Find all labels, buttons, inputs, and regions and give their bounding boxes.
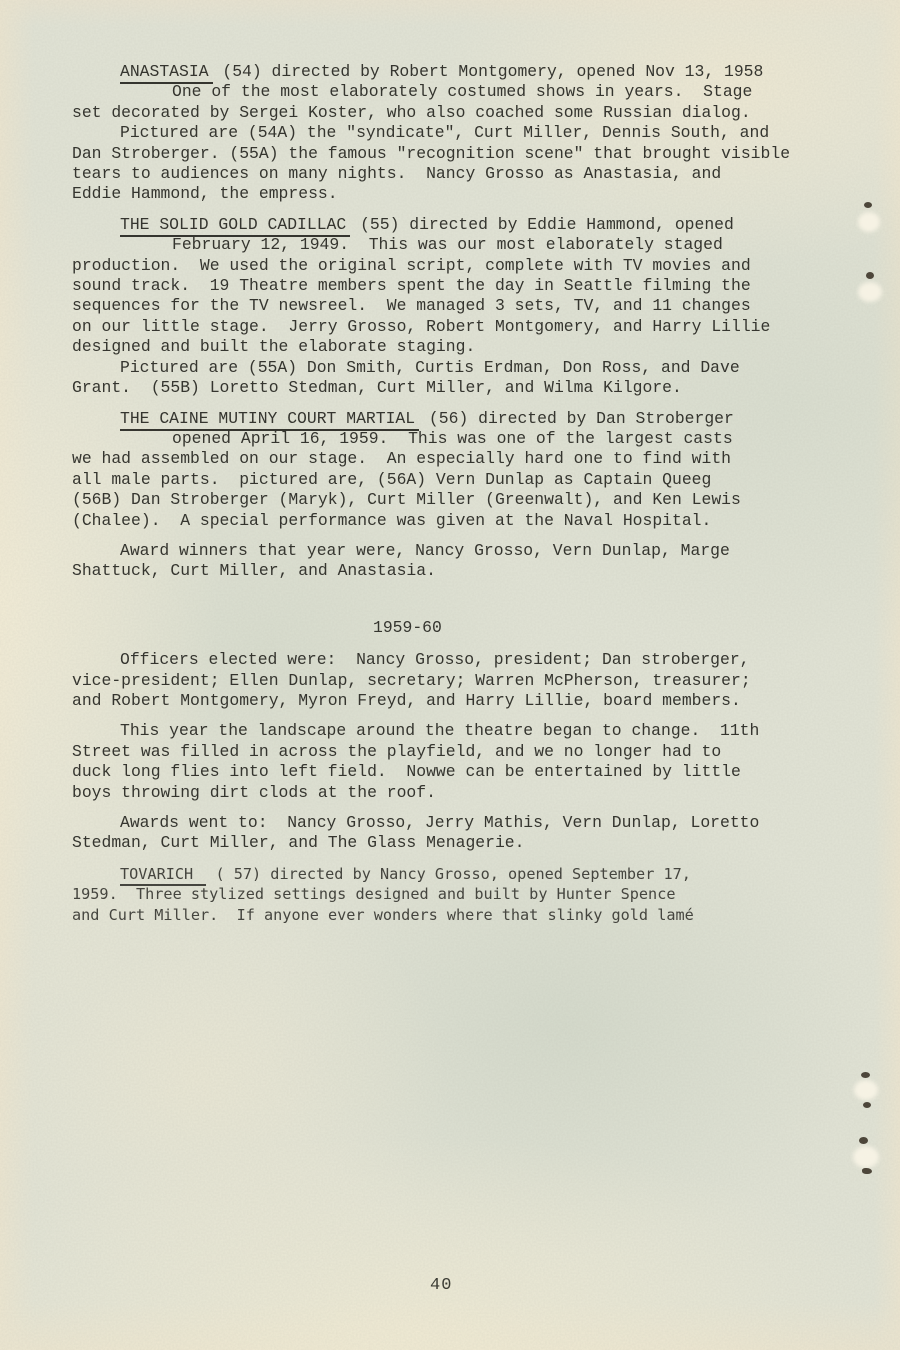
- text-line: boys throwing dirt clods at the roof.: [72, 783, 832, 803]
- year-heading: 1959-60: [72, 618, 832, 638]
- paragraph-award-winners: Award winners that year were, Nancy Gros…: [72, 541, 832, 582]
- text-line: 1959. Three stylized settings designed a…: [72, 884, 832, 904]
- title-line-rest: ( 57) directed by Nancy Grosso, opened S…: [206, 865, 691, 883]
- text-line: sequences for the TV newsreel. We manage…: [72, 296, 832, 316]
- text-line: Stedman, Curt Miller, and The Glass Mena…: [72, 833, 832, 853]
- text-line: Pictured are (54A) the "syndicate", Curt…: [72, 123, 832, 143]
- paragraph-caine-mutiny: THE CAINE MUTINY COURT MARTIAL (56) dire…: [72, 409, 832, 531]
- paper-mark: [861, 1072, 870, 1078]
- page-number: 40: [430, 1276, 452, 1295]
- paragraph-anastasia: ANASTASIA (54) directed by Robert Montgo…: [72, 62, 832, 205]
- paragraph-awards: Awards went to: Nancy Grosso, Jerry Math…: [72, 813, 832, 854]
- document-page: ANASTASIA (54) directed by Robert Montgo…: [0, 0, 900, 1350]
- paper-hole-halo: [858, 212, 880, 232]
- text-line: One of the most elaborately costumed sho…: [72, 82, 832, 102]
- text-line: tears to audiences on many nights. Nancy…: [72, 164, 832, 184]
- show-title: TOVARICH: [120, 865, 206, 886]
- text-line: Award winners that year were, Nancy Gros…: [72, 541, 832, 561]
- text-line: sound track. 19 Theatre members spent th…: [72, 276, 832, 296]
- title-line-rest: (54) directed by Robert Montgomery, open…: [213, 62, 764, 81]
- paper-mark: [863, 1102, 871, 1108]
- show-title-line: THE CAINE MUTINY COURT MARTIAL (56) dire…: [72, 409, 832, 429]
- text-line: opened April 16, 1959. This was one of t…: [72, 429, 832, 449]
- text-line: February 12, 1949. This was our most ela…: [72, 235, 832, 255]
- show-title: THE CAINE MUTINY COURT MARTIAL: [120, 409, 419, 431]
- text-line: Shattuck, Curt Miller, and Anastasia.: [72, 561, 832, 581]
- text-line: all male parts. pictured are, (56A) Vern…: [72, 470, 832, 490]
- paper-mark: [864, 202, 872, 208]
- text-line: (56B) Dan Stroberger (Maryk), Curt Mille…: [72, 490, 832, 510]
- text-line: vice-president; Ellen Dunlap, secretary;…: [72, 671, 832, 691]
- text-line: on our little stage. Jerry Grosso, Rober…: [72, 317, 832, 337]
- text-line: Grant. (55B) Loretto Stedman, Curt Mille…: [72, 378, 832, 398]
- title-line-rest: (55) directed by Eddie Hammond, opened: [350, 215, 734, 234]
- document-body: ANASTASIA (54) directed by Robert Montgo…: [72, 62, 832, 935]
- title-line-rest: (56) directed by Dan Stroberger: [419, 409, 734, 428]
- paper-mark: [859, 1137, 868, 1144]
- paragraph-officers: Officers elected were: Nancy Grosso, pre…: [72, 650, 832, 711]
- paper-mark: [866, 272, 874, 279]
- show-title-line: THE SOLID GOLD CADILLAC (55) directed by…: [72, 215, 832, 235]
- text-line: we had assembled on our stage. An especi…: [72, 449, 832, 469]
- paper-hole-halo: [858, 282, 882, 302]
- paper-hole-halo: [853, 1146, 879, 1168]
- paragraph-solid-gold-cadillac: THE SOLID GOLD CADILLAC (55) directed by…: [72, 215, 832, 399]
- show-title: ANASTASIA: [120, 62, 213, 84]
- paper-mark: [862, 1168, 872, 1174]
- text-line: Street was filled in across the playfiel…: [72, 742, 832, 762]
- paper-hole-halo: [854, 1080, 878, 1100]
- text-line: designed and built the elaborate staging…: [72, 337, 832, 357]
- text-line: duck long flies into left field. Nowwe c…: [72, 762, 832, 782]
- text-line: set decorated by Sergei Koster, who also…: [72, 103, 832, 123]
- text-line: Pictured are (55A) Don Smith, Curtis Erd…: [72, 358, 832, 378]
- text-line: and Curt Miller. If anyone ever wonders …: [72, 905, 832, 925]
- paragraph-landscape: This year the landscape around the theat…: [72, 721, 832, 803]
- show-title-line: TOVARICH ( 57) directed by Nancy Grosso,…: [72, 864, 832, 884]
- text-line: Awards went to: Nancy Grosso, Jerry Math…: [72, 813, 832, 833]
- text-line: Officers elected were: Nancy Grosso, pre…: [72, 650, 832, 670]
- text-line: This year the landscape around the theat…: [72, 721, 832, 741]
- text-line: Eddie Hammond, the empress.: [72, 184, 832, 204]
- text-line: and Robert Montgomery, Myron Freyd, and …: [72, 691, 832, 711]
- text-line: Dan Stroberger. (55A) the famous "recogn…: [72, 144, 832, 164]
- text-line: (Chalee). A special performance was give…: [72, 511, 832, 531]
- show-title: THE SOLID GOLD CADILLAC: [120, 215, 350, 237]
- show-title-line: ANASTASIA (54) directed by Robert Montgo…: [72, 62, 832, 82]
- text-line: production. We used the original script,…: [72, 256, 832, 276]
- paragraph-tovarich: TOVARICH ( 57) directed by Nancy Grosso,…: [72, 864, 832, 925]
